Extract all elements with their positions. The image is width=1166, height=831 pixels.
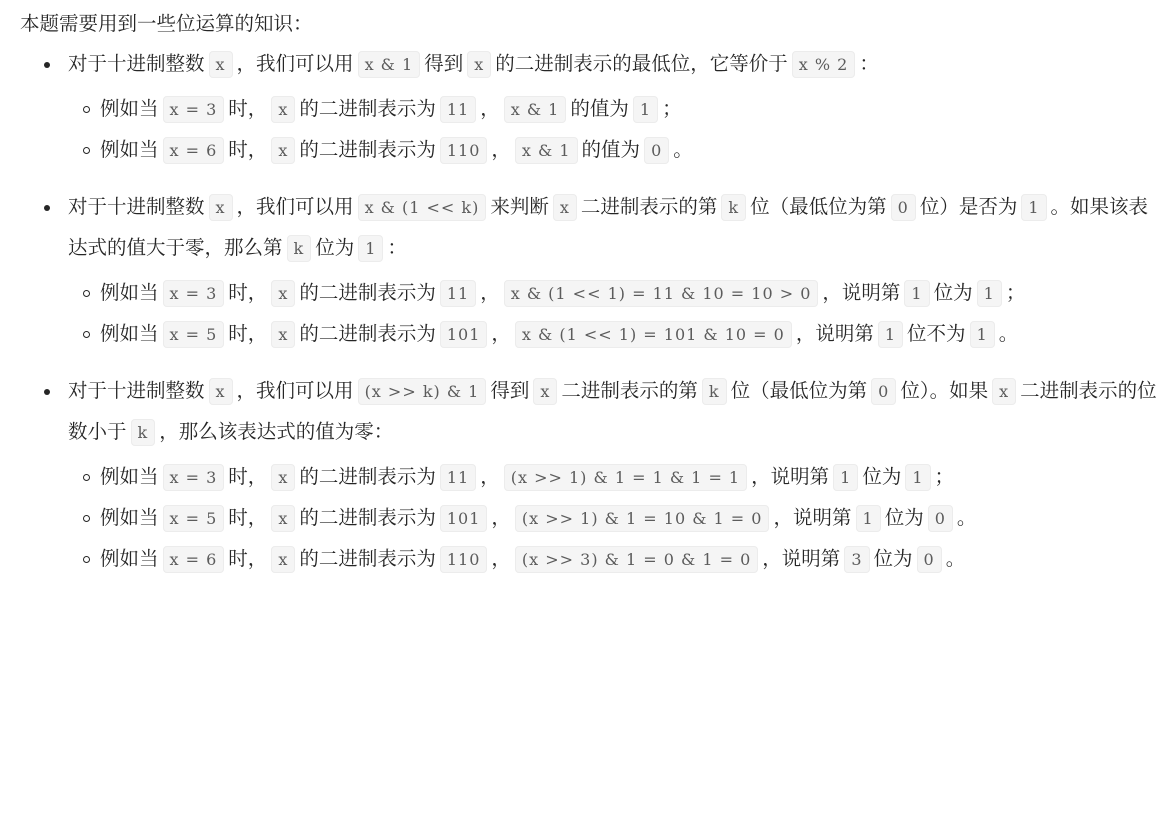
inline-code: 1 — [905, 464, 930, 491]
text-segment: 的二进制表示为 — [299, 97, 436, 120]
inline-code: x — [533, 378, 557, 405]
inline-code: x = 5 — [163, 505, 225, 532]
text-segment: ，说明第 — [751, 465, 829, 488]
inline-code: 0 — [891, 194, 916, 221]
text-segment: 时， — [228, 547, 267, 570]
inline-code: x & 1 — [504, 96, 567, 123]
inline-code: 1 — [633, 96, 658, 123]
text-segment: 例如当 — [100, 138, 159, 161]
inline-code: 110 — [440, 137, 488, 164]
text-segment: 时， — [228, 97, 267, 120]
text-segment: 位为 — [934, 281, 973, 304]
text-segment: 时， — [228, 465, 267, 488]
text-segment: 时， — [228, 506, 267, 529]
text-segment: 例如当 — [100, 547, 159, 570]
text-segment: 时， — [228, 322, 267, 345]
text-segment: 。 — [957, 506, 977, 529]
text-segment: 来判断 — [490, 195, 549, 218]
inline-code: x — [271, 280, 295, 307]
inline-code: k — [721, 194, 746, 221]
document-body: 本题需要用到一些位运算的知识： 对于十进制整数x，我们可以用x & 1得到x的二… — [0, 0, 1166, 580]
inline-code: 1 — [1021, 194, 1046, 221]
inline-code: 101 — [440, 321, 488, 348]
text-segment: ，我们可以用 — [237, 379, 354, 402]
text-segment: 位（最低位为第 — [731, 379, 868, 402]
inline-code: x — [271, 321, 295, 348]
inline-code: 11 — [440, 280, 476, 307]
example-list: 例如当x = 3时，x的二进制表示为11，x & 1的值为1；例如当x = 6时… — [68, 89, 1166, 171]
text-segment: 。 — [946, 547, 966, 570]
inline-code: 110 — [440, 546, 488, 573]
text-segment: ， — [480, 465, 500, 488]
inline-code: x = 6 — [163, 546, 225, 573]
inline-code: x & (1 << 1) = 11 & 10 = 10 > 0 — [504, 280, 819, 307]
inline-code: x — [992, 378, 1016, 405]
text-segment: ， — [480, 97, 500, 120]
text-segment: ，我们可以用 — [237, 195, 354, 218]
text-segment: 的值为 — [570, 97, 629, 120]
inline-code: x — [467, 51, 491, 78]
text-segment: 。 — [999, 322, 1019, 345]
text-segment: 的二进制表示的最低位，它等价于 — [495, 52, 788, 75]
text-segment: 位）。如果 — [900, 379, 988, 402]
text-segment: 例如当 — [100, 465, 159, 488]
inline-code: x & 1 — [358, 51, 421, 78]
inline-code: x — [209, 51, 233, 78]
inline-code: k — [131, 419, 156, 446]
text-segment: 的值为 — [582, 138, 641, 161]
inline-code: (x >> 1) & 1 = 10 & 1 = 0 — [515, 505, 770, 532]
example-item: 例如当x = 5时，x的二进制表示为101，x & (1 << 1) = 101… — [68, 314, 1166, 355]
text-segment: 时， — [228, 281, 267, 304]
inline-code: 1 — [977, 280, 1002, 307]
text-segment: 得到 — [490, 379, 529, 402]
inline-code: x & 1 — [515, 137, 578, 164]
text-segment: 对于十进制整数 — [68, 379, 205, 402]
text-segment: ， — [491, 506, 511, 529]
inline-code: 0 — [871, 378, 896, 405]
text-segment: 例如当 — [100, 322, 159, 345]
text-segment: ： — [859, 52, 879, 75]
text-segment: 位为 — [862, 465, 901, 488]
bullet-item: 对于十进制整数x，我们可以用x & 1得到x的二进制表示的最低位，它等价于x %… — [20, 44, 1166, 171]
bullet-text: 对于十进制整数x，我们可以用(x >> k) & 1得到x二进制表示的第k位（最… — [68, 371, 1166, 453]
text-segment: 对于十进制整数 — [68, 52, 205, 75]
bullet-text: 对于十进制整数x，我们可以用x & (1 << k)来判断x二进制表示的第k位（… — [68, 187, 1166, 269]
text-segment: 二进制表示的第 — [561, 379, 698, 402]
bit-ops-list: 对于十进制整数x，我们可以用x & 1得到x的二进制表示的最低位，它等价于x %… — [20, 44, 1166, 580]
text-segment: 例如当 — [100, 281, 159, 304]
inline-code: k — [287, 235, 312, 262]
inline-code: (x >> 3) & 1 = 0 & 1 = 0 — [515, 546, 758, 573]
text-segment: 例如当 — [100, 506, 159, 529]
inline-code: x & (1 << k) — [358, 194, 487, 221]
inline-code: x = 3 — [163, 280, 225, 307]
text-segment: 位不为 — [907, 322, 966, 345]
inline-code: x & (1 << 1) = 101 & 10 = 0 — [515, 321, 792, 348]
inline-code: (x >> 1) & 1 = 1 & 1 = 1 — [504, 464, 747, 491]
text-segment: 的二进制表示为 — [299, 506, 436, 529]
inline-code: 11 — [440, 464, 476, 491]
example-item: 例如当x = 5时，x的二进制表示为101，(x >> 1) & 1 = 10 … — [68, 498, 1166, 539]
inline-code: 1 — [358, 235, 383, 262]
inline-code: x — [271, 137, 295, 164]
example-item: 例如当x = 6时，x的二进制表示为110，x & 1的值为0。 — [68, 130, 1166, 171]
text-segment: 的二进制表示为 — [299, 465, 436, 488]
text-segment: 对于十进制整数 — [68, 195, 205, 218]
text-segment: 的二进制表示为 — [299, 322, 436, 345]
text-segment: 位（最低位为第 — [750, 195, 887, 218]
inline-code: x = 6 — [163, 137, 225, 164]
example-item: 例如当x = 3时，x的二进制表示为11，x & (1 << 1) = 11 &… — [68, 273, 1166, 314]
text-segment: ， — [491, 547, 511, 570]
inline-code: 1 — [904, 280, 929, 307]
inline-code: 1 — [856, 505, 881, 532]
text-segment: ，我们可以用 — [237, 52, 354, 75]
text-segment: ， — [491, 322, 511, 345]
example-item: 例如当x = 3时，x的二进制表示为11，x & 1的值为1； — [68, 89, 1166, 130]
inline-code: 0 — [928, 505, 953, 532]
text-segment: 位）是否为 — [920, 195, 1018, 218]
text-segment: ， — [491, 138, 511, 161]
inline-code: x — [209, 194, 233, 221]
text-segment: 的二进制表示为 — [299, 281, 436, 304]
text-segment: ，说明第 — [773, 506, 851, 529]
inline-code: x % 2 — [792, 51, 856, 78]
inline-code: x = 5 — [163, 321, 225, 348]
bullet-item: 对于十进制整数x，我们可以用x & (1 << k)来判断x二进制表示的第k位（… — [20, 187, 1166, 355]
example-list: 例如当x = 3时，x的二进制表示为11，x & (1 << 1) = 11 &… — [68, 273, 1166, 355]
text-segment: 时， — [228, 138, 267, 161]
inline-code: 1 — [878, 321, 903, 348]
inline-code: (x >> k) & 1 — [358, 378, 487, 405]
text-segment: 得到 — [424, 52, 463, 75]
inline-code: x — [271, 96, 295, 123]
text-segment: 的二进制表示为 — [299, 138, 436, 161]
text-segment: ，说明第 — [822, 281, 900, 304]
inline-code: x = 3 — [163, 464, 225, 491]
text-segment: 位为 — [874, 547, 913, 570]
text-segment: ，说明第 — [796, 322, 874, 345]
text-segment: ； — [662, 97, 682, 120]
inline-code: 1 — [970, 321, 995, 348]
text-segment: ，说明第 — [762, 547, 840, 570]
inline-code: 11 — [440, 96, 476, 123]
bullet-text: 对于十进制整数x，我们可以用x & 1得到x的二进制表示的最低位，它等价于x %… — [68, 44, 1166, 85]
inline-code: x — [553, 194, 577, 221]
inline-code: x — [209, 378, 233, 405]
bullet-item: 对于十进制整数x，我们可以用(x >> k) & 1得到x二进制表示的第k位（最… — [20, 371, 1166, 580]
inline-code: 3 — [844, 546, 869, 573]
inline-code: x — [271, 464, 295, 491]
text-segment: ， — [480, 281, 500, 304]
text-segment: ； — [935, 465, 955, 488]
text-segment: 。 — [673, 138, 693, 161]
text-segment: 例如当 — [100, 97, 159, 120]
inline-code: 1 — [833, 464, 858, 491]
text-segment: 位为 — [315, 236, 354, 259]
inline-code: 0 — [917, 546, 942, 573]
inline-code: k — [702, 378, 727, 405]
text-segment: 二进制表示的第 — [581, 195, 718, 218]
inline-code: x — [271, 505, 295, 532]
inline-code: x — [271, 546, 295, 573]
text-segment: 位为 — [885, 506, 924, 529]
inline-code: x = 3 — [163, 96, 225, 123]
inline-code: 0 — [644, 137, 669, 164]
text-segment: ，那么该表达式的值为零： — [159, 420, 393, 443]
text-segment: ： — [387, 236, 407, 259]
intro-paragraph: 本题需要用到一些位运算的知识： — [20, 4, 1166, 44]
text-segment: ； — [1006, 281, 1026, 304]
example-list: 例如当x = 3时，x的二进制表示为11，(x >> 1) & 1 = 1 & … — [68, 457, 1166, 580]
inline-code: 101 — [440, 505, 488, 532]
example-item: 例如当x = 3时，x的二进制表示为11，(x >> 1) & 1 = 1 & … — [68, 457, 1166, 498]
text-segment: 的二进制表示为 — [299, 547, 436, 570]
example-item: 例如当x = 6时，x的二进制表示为110，(x >> 3) & 1 = 0 &… — [68, 539, 1166, 580]
